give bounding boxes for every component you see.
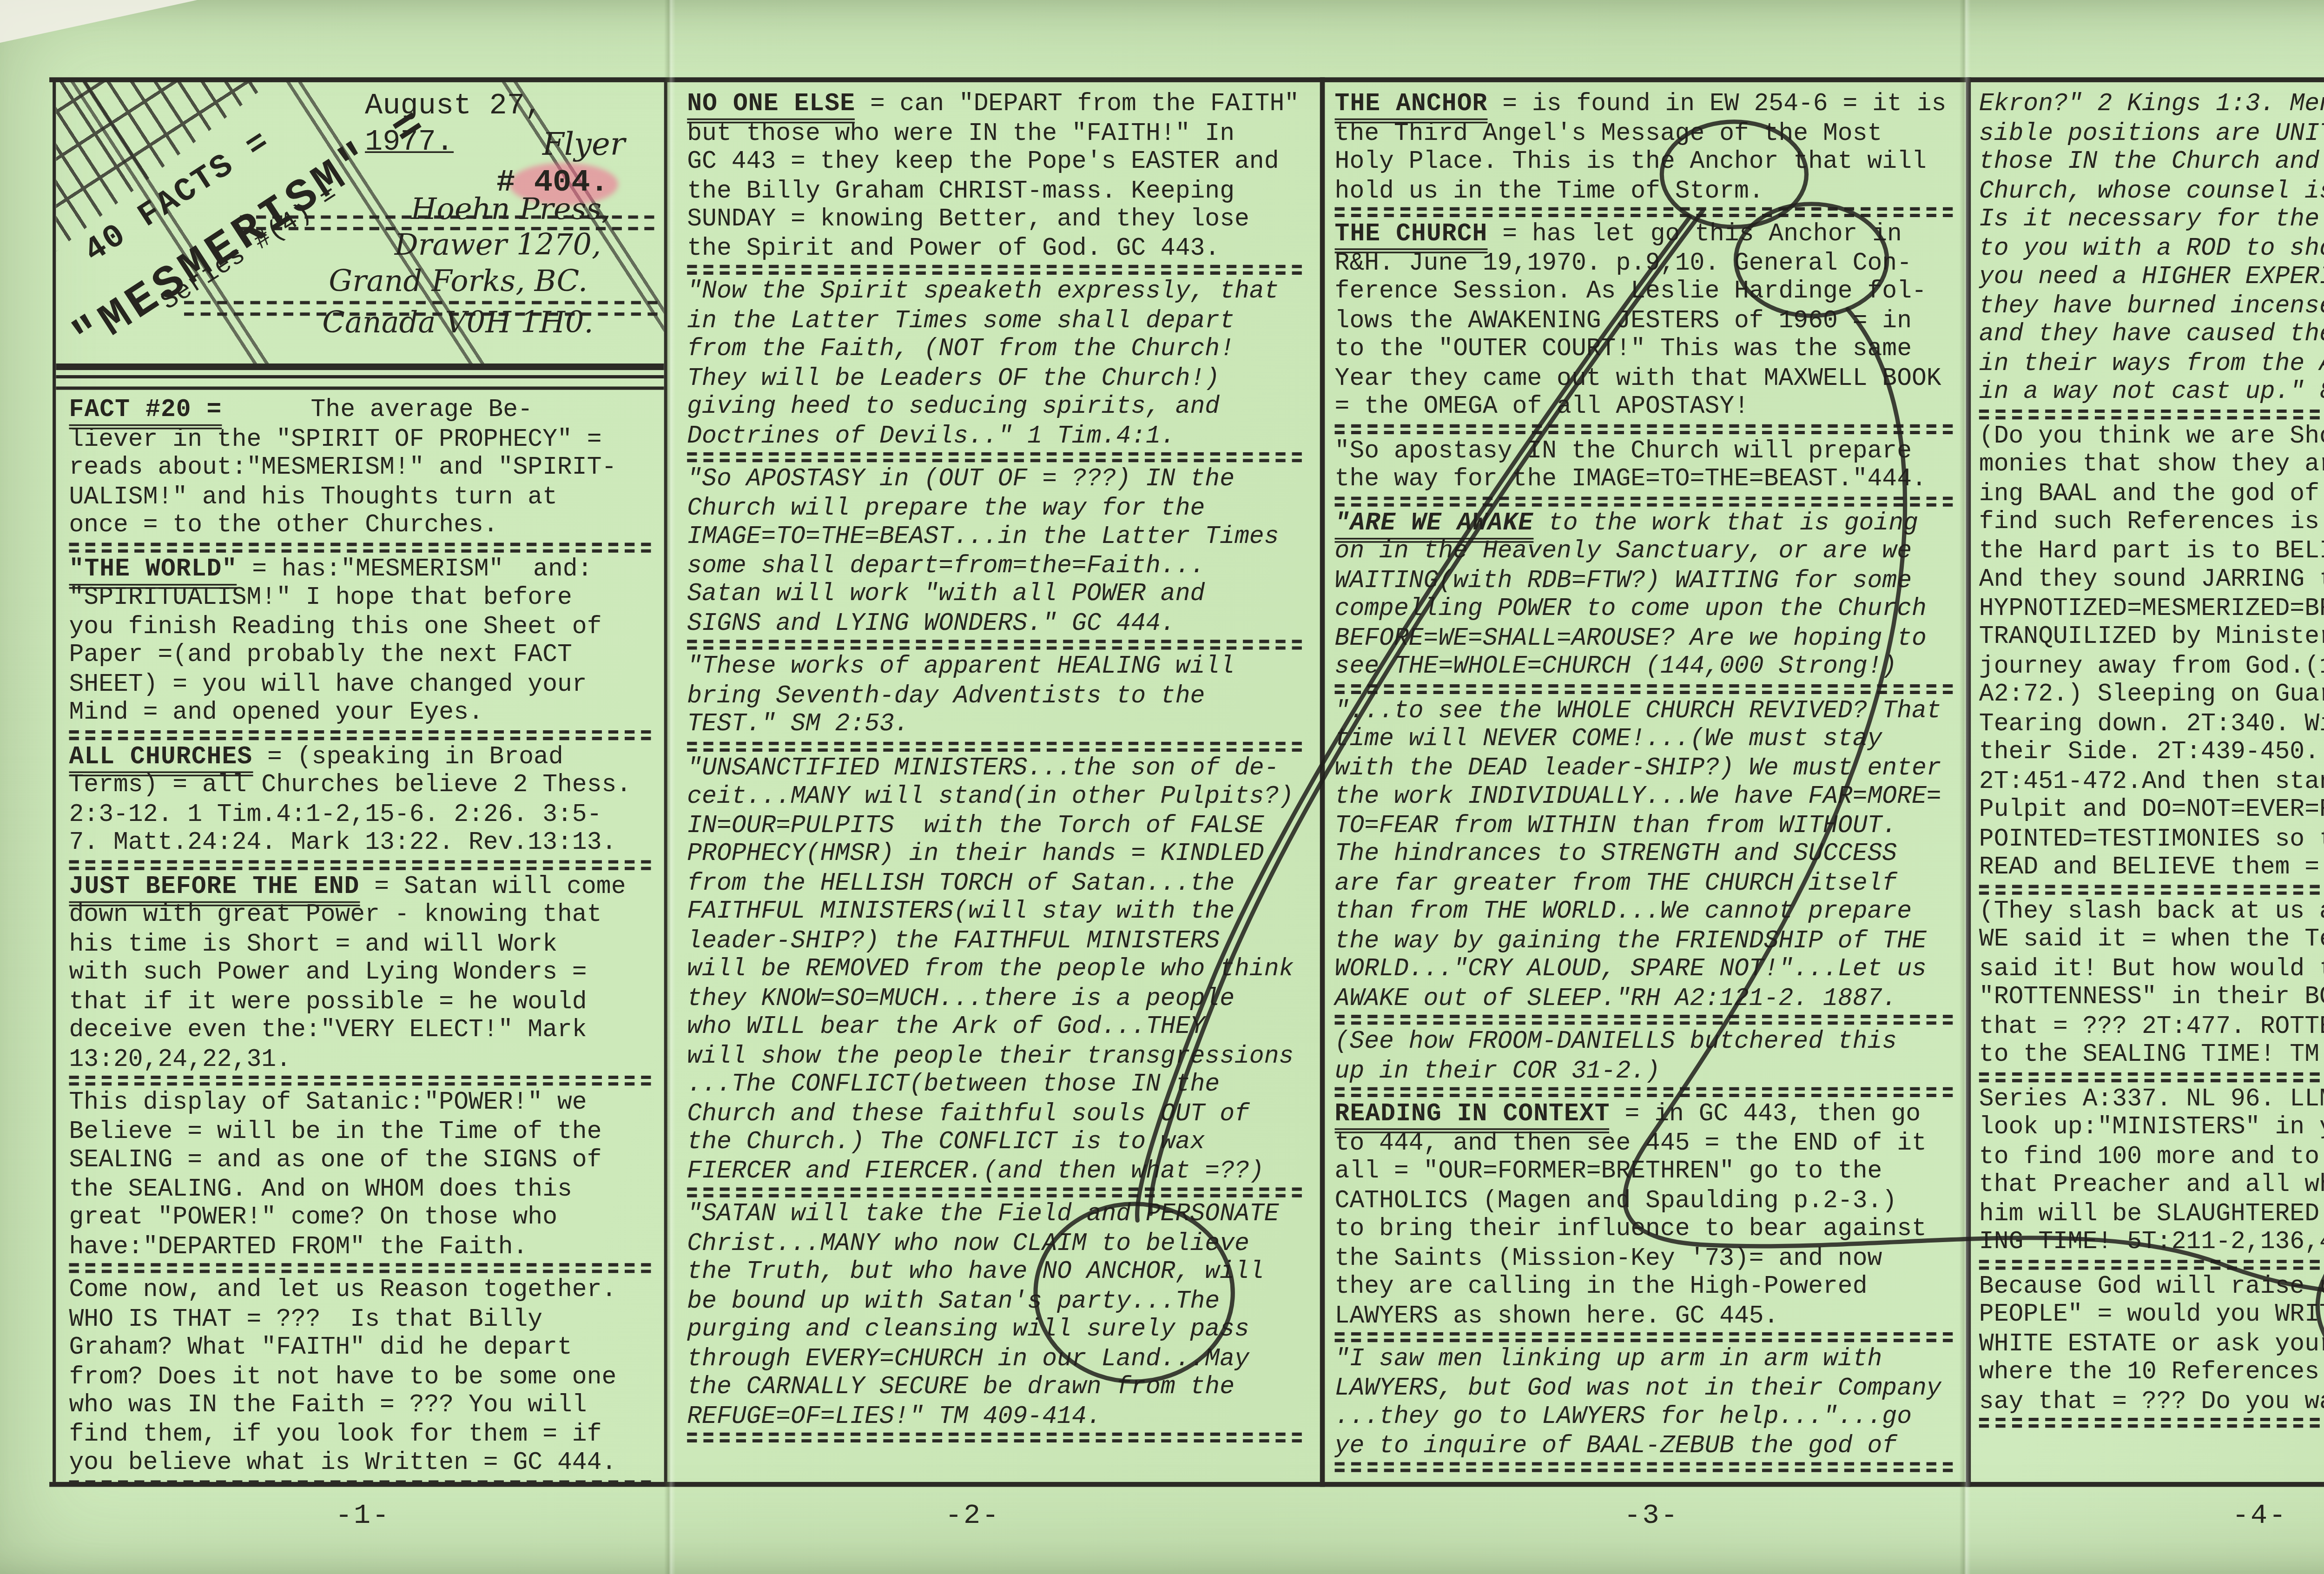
paragraph-lead: "THE WORLD" bbox=[69, 555, 238, 588]
paragraph: (Do you think we are Short of Testi- mon… bbox=[1979, 422, 2324, 883]
paragraph-text: This display of Satanic:"POWER!" we Beli… bbox=[69, 1089, 602, 1261]
column-3-body: THE ANCHOR = is found in EW 254-6 = it i… bbox=[1321, 80, 1966, 1472]
dashed-separator bbox=[1335, 496, 1953, 506]
dashed-separator bbox=[1335, 683, 1953, 693]
dashed-separator bbox=[69, 860, 651, 869]
masthead-press-line3: Grand Forks, BC. bbox=[329, 268, 588, 297]
column-2: NO ONE ELSE = can "DEPART from the FAITH… bbox=[674, 80, 1315, 1482]
paragraph-text: "Now the Spirit speaketh expressly, that… bbox=[687, 278, 1279, 450]
masthead-press-line4: Canada V0H 1H0. bbox=[322, 309, 594, 338]
paragraph-lead: FACT #20 = bbox=[69, 397, 222, 430]
column-4: Ekron?" 2 Kings 1:3. Men in respon- sibl… bbox=[1969, 80, 2324, 1482]
dashed-separator bbox=[1335, 207, 1953, 217]
page-number: -1- bbox=[335, 1501, 390, 1533]
paragraph-text: "UNSANCTIFIED MINISTERS...the son of de-… bbox=[687, 754, 1294, 1185]
paragraph-text: Series A:337. NL 96. LLM 132. And look u… bbox=[1979, 1085, 2324, 1257]
dashed-separator bbox=[687, 741, 1302, 751]
paragraph: "ARE WE AWAKE to the work that is going … bbox=[1335, 509, 1953, 682]
dashed-separator bbox=[1979, 1259, 2324, 1269]
dashed-separator bbox=[687, 640, 1302, 649]
dashed-separator bbox=[687, 1188, 1302, 1197]
paragraph: "So APOSTASY in (OUT OF = ???) IN the Ch… bbox=[687, 465, 1302, 638]
paragraph: Ekron?" 2 Kings 1:3. Men in respon- sibl… bbox=[1979, 91, 2324, 407]
page-number: -2- bbox=[945, 1501, 1000, 1533]
paragraph-text: (Do you think we are Short of Testi- mon… bbox=[1979, 422, 2324, 882]
paragraph: (See how FROOM-DANIELLS butchered this u… bbox=[1335, 1028, 1953, 1085]
paragraph-lead: "ARE WE AWAKE bbox=[1335, 509, 1534, 542]
paragraph: THE ANCHOR = is found in EW 254-6 = it i… bbox=[1335, 91, 1953, 206]
masthead-flyer-word: Flyer bbox=[542, 132, 625, 160]
paper-corner bbox=[0, 0, 197, 43]
dashed-separator bbox=[1979, 409, 2324, 418]
dashed-separator bbox=[687, 1433, 1302, 1442]
paragraph: "I saw men linking up arm in arm with LA… bbox=[1335, 1345, 1953, 1461]
paragraph: "...to see the WHOLE CHURCH REVIVED? Tha… bbox=[1335, 696, 1953, 1013]
paragraph: "SATAN will take the Field and PERSONATE… bbox=[687, 1201, 1302, 1431]
paragraph-lead: NO ONE ELSE bbox=[687, 91, 855, 124]
paragraph-lead: ALL CHURCHES bbox=[69, 742, 253, 775]
paragraph: FACT #20 = The average Be- liever in the… bbox=[69, 397, 651, 541]
paragraph: "So apostasy IN the Church will prepare … bbox=[1335, 436, 1953, 494]
paragraph-text: "I saw men linking up arm in arm with LA… bbox=[1335, 1345, 1941, 1460]
paragraph-text: = in GC 443, then go to 444, and then se… bbox=[1335, 1100, 1927, 1330]
paragraph-text: (They slash back at us and say that WE s… bbox=[1979, 897, 2324, 1069]
dashed-separator bbox=[1335, 1015, 1953, 1025]
dashed-separator bbox=[69, 1076, 651, 1085]
dashed-separator bbox=[69, 1480, 651, 1482]
dashed-separator bbox=[1335, 1332, 1953, 1342]
paragraph: ALL CHURCHES = (speaking in Broad Terms)… bbox=[69, 742, 651, 858]
dashed-separator bbox=[69, 542, 651, 552]
dashed-separator bbox=[1335, 1462, 1953, 1472]
masthead-bottom-rule bbox=[56, 367, 664, 390]
bottom-border-rule bbox=[49, 1482, 2324, 1487]
paragraph: "Now the Spirit speaketh expressly, that… bbox=[687, 278, 1302, 451]
dashed-separator bbox=[69, 1263, 651, 1273]
paragraph-lead: THE CHURCH bbox=[1335, 220, 1488, 253]
column-4-body: Ekron?" 2 Kings 1:3. Men in respon- sibl… bbox=[1969, 80, 2324, 1428]
paragraph-text: Because God will raise up "ANOTHER PEOPL… bbox=[1979, 1272, 2324, 1415]
page-number: -3- bbox=[1624, 1501, 1679, 1533]
page-number: -4- bbox=[2232, 1501, 2287, 1533]
flyer-page: 40 FACTS = Series #(4) = "MESMERISM" = A… bbox=[0, 0, 2324, 1574]
masthead-press-line1: Hoehn Press, bbox=[411, 196, 611, 225]
paragraph-text: = Satan will come down with great Power … bbox=[69, 873, 626, 1073]
masthead-press-line2: Drawer 1270, bbox=[395, 232, 601, 261]
masthead-date-line2: 1977. bbox=[365, 126, 454, 159]
paragraph-lead: JUST BEFORE THE END bbox=[69, 873, 360, 906]
paragraph: NO ONE ELSE = can "DEPART from the FAITH… bbox=[687, 91, 1302, 264]
paragraph: Come now, and let us Reason together. WH… bbox=[69, 1276, 651, 1478]
paragraph-text: "...to see the WHOLE CHURCH REVIVED? Tha… bbox=[1335, 696, 1941, 1012]
paragraph: "These works of apparent HEALING will br… bbox=[687, 653, 1302, 740]
masthead-date: August 27, 1977. bbox=[365, 89, 542, 161]
dashed-separator bbox=[1979, 884, 2324, 894]
paragraph: JUST BEFORE THE END = Satan will come do… bbox=[69, 873, 651, 1074]
dashed-separator bbox=[687, 452, 1302, 462]
scanned-flyer-viewport: 40 FACTS = Series #(4) = "MESMERISM" = A… bbox=[0, 0, 2324, 1574]
column-3: THE ANCHOR = is found in EW 254-6 = it i… bbox=[1321, 80, 1966, 1482]
paragraph-text: = has let go this Anchor in R&H. June 19… bbox=[1335, 220, 1941, 421]
paragraph: READING IN CONTEXT = in GC 443, then go … bbox=[1335, 1100, 1953, 1330]
dashed-separator bbox=[1335, 423, 1953, 433]
paragraph-text: "These works of apparent HEALING will br… bbox=[687, 653, 1235, 739]
paragraph: THE CHURCH = has let go this Anchor in R… bbox=[1335, 220, 1953, 422]
masthead: 40 FACTS = Series #(4) = "MESMERISM" = A… bbox=[56, 80, 664, 367]
paragraph-text: (See how FROOM-DANIELLS butchered this u… bbox=[1335, 1028, 1897, 1085]
dashed-separator bbox=[1979, 1418, 2324, 1428]
dashed-separator bbox=[1979, 1071, 2324, 1081]
column-1: 40 FACTS = Series #(4) = "MESMERISM" = A… bbox=[53, 80, 667, 1482]
paragraph-text: Come now, and let us Reason together. WH… bbox=[69, 1276, 617, 1477]
column-2-body: NO ONE ELSE = can "DEPART from the FAITH… bbox=[674, 80, 1315, 1442]
paragraph: "THE WORLD" = has:"MESMERISM" and: "SPIR… bbox=[69, 555, 651, 728]
dashed-separator bbox=[1335, 1087, 1953, 1097]
paragraph-text: "So APOSTASY in (OUT OF = ???) IN the Ch… bbox=[687, 465, 1279, 637]
paragraph-lead: THE ANCHOR bbox=[1335, 91, 1488, 124]
column-1-body: FACT #20 = The average Be- liever in the… bbox=[56, 390, 664, 1482]
paragraph: (They slash back at us and say that WE s… bbox=[1979, 897, 2324, 1070]
paragraph-text: Ekron?" 2 Kings 1:3. Men in respon- sibl… bbox=[1979, 91, 2324, 406]
paragraph: This display of Satanic:"POWER!" we Beli… bbox=[69, 1089, 651, 1262]
dashed-separator bbox=[687, 265, 1302, 275]
paragraph: Because God will raise up "ANOTHER PEOPL… bbox=[1979, 1272, 2324, 1416]
dashed-separator bbox=[69, 729, 651, 739]
paragraph-text: "SATAN will take the Field and PERSONATE… bbox=[687, 1201, 1279, 1430]
paragraph: "UNSANCTIFIED MINISTERS...the son of de-… bbox=[687, 754, 1302, 1186]
paragraph-text: "So apostasy IN the Church will prepare … bbox=[1335, 436, 1927, 493]
masthead-date-line1: August 27, bbox=[365, 91, 542, 124]
paragraph: Series A:337. NL 96. LLM 132. And look u… bbox=[1979, 1085, 2324, 1257]
paragraph-lead: READING IN CONTEXT bbox=[1335, 1100, 1610, 1133]
